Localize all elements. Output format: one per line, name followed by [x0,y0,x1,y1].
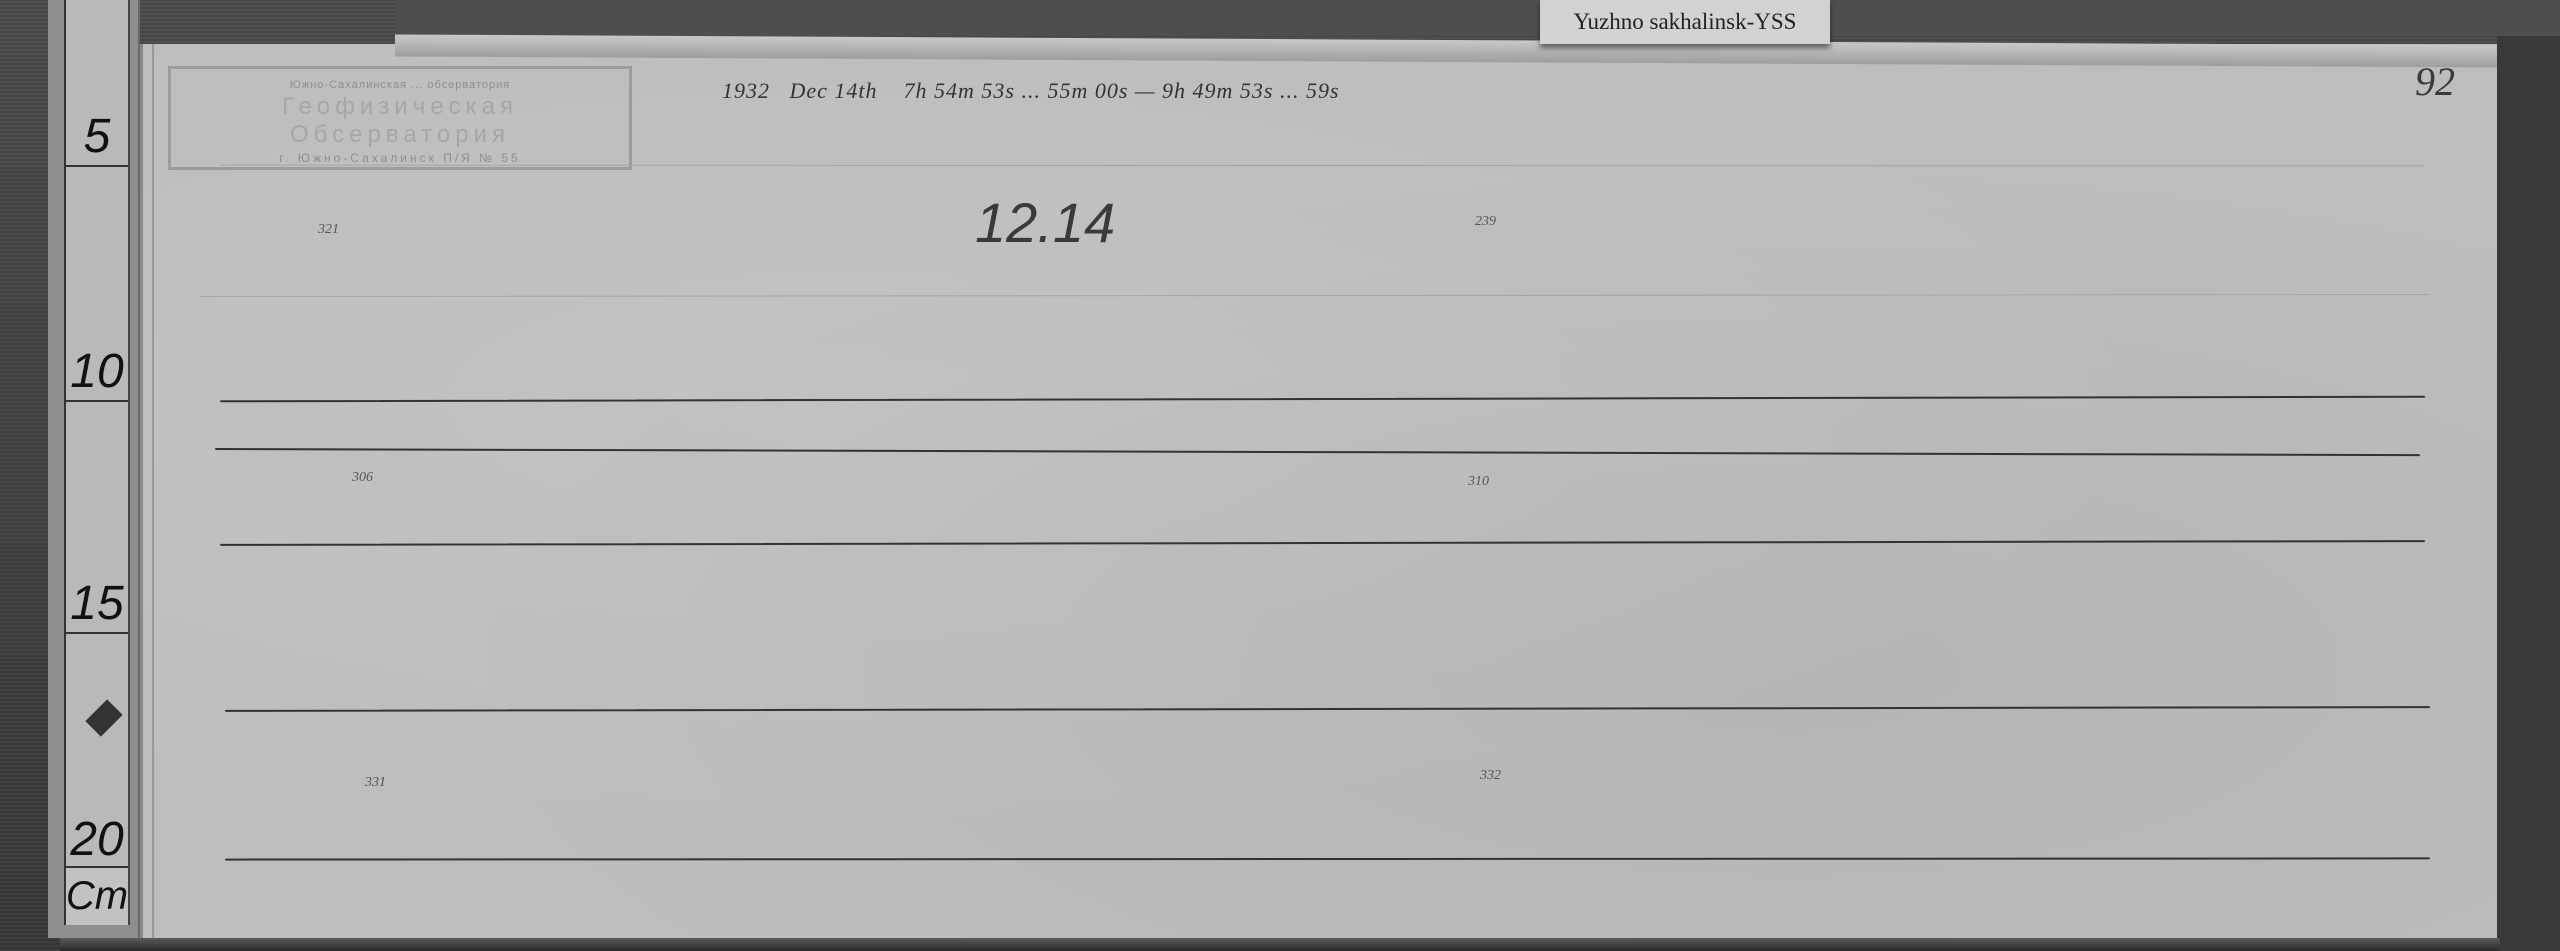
paper-border [152,44,154,938]
date-annotation: 12.14 [975,190,1115,255]
trace-number-right: 239 [1475,214,1496,230]
trace-number-right: 310 [1468,474,1489,490]
top-strip [395,0,2560,36]
record-year: 1932 [722,78,770,103]
ruler-mark-10: 10 [66,163,128,402]
stamp-line-1: Южно-Сахалинская ... обсерватория [171,79,629,91]
ruler-unit: Cm [66,868,128,925]
scale-ruler: 5 10 15 20 [64,0,130,925]
page-number: 92 [2415,58,2455,105]
right-background [2497,36,2560,951]
ruler-mark-20: 20 [66,630,128,868]
station-label: Yuzhno sakhalinsk-YSS [1540,0,1830,44]
record-time-range: 7h 54m 53s ... 55m 00s — 9h 49m 53s ... … [904,78,1340,103]
stamp-line-3: г. Южно-Сахалинск П/Я № 55 [171,151,629,165]
record-header: 1932 Dec 14th 7h 54m 53s ... 55m 00s — 9… [722,78,1340,104]
bottom-edge [60,938,2500,951]
trace-number-left: 321 [318,222,339,238]
ruler-mark-15: 15 [66,398,128,634]
record-date: Dec 14th [790,78,878,103]
ruler-mark-5: 5 [66,0,128,167]
trace-number-right: 332 [1480,768,1501,784]
observatory-stamp: Южно-Сахалинская ... обсерватория Геофиз… [168,66,632,170]
trace-number-left: 331 [365,775,386,791]
stamp-line-2: Геофизическая Обсерватория [171,93,629,149]
trace-number-left: 306 [352,470,373,486]
seismogram-paper [140,44,2498,938]
